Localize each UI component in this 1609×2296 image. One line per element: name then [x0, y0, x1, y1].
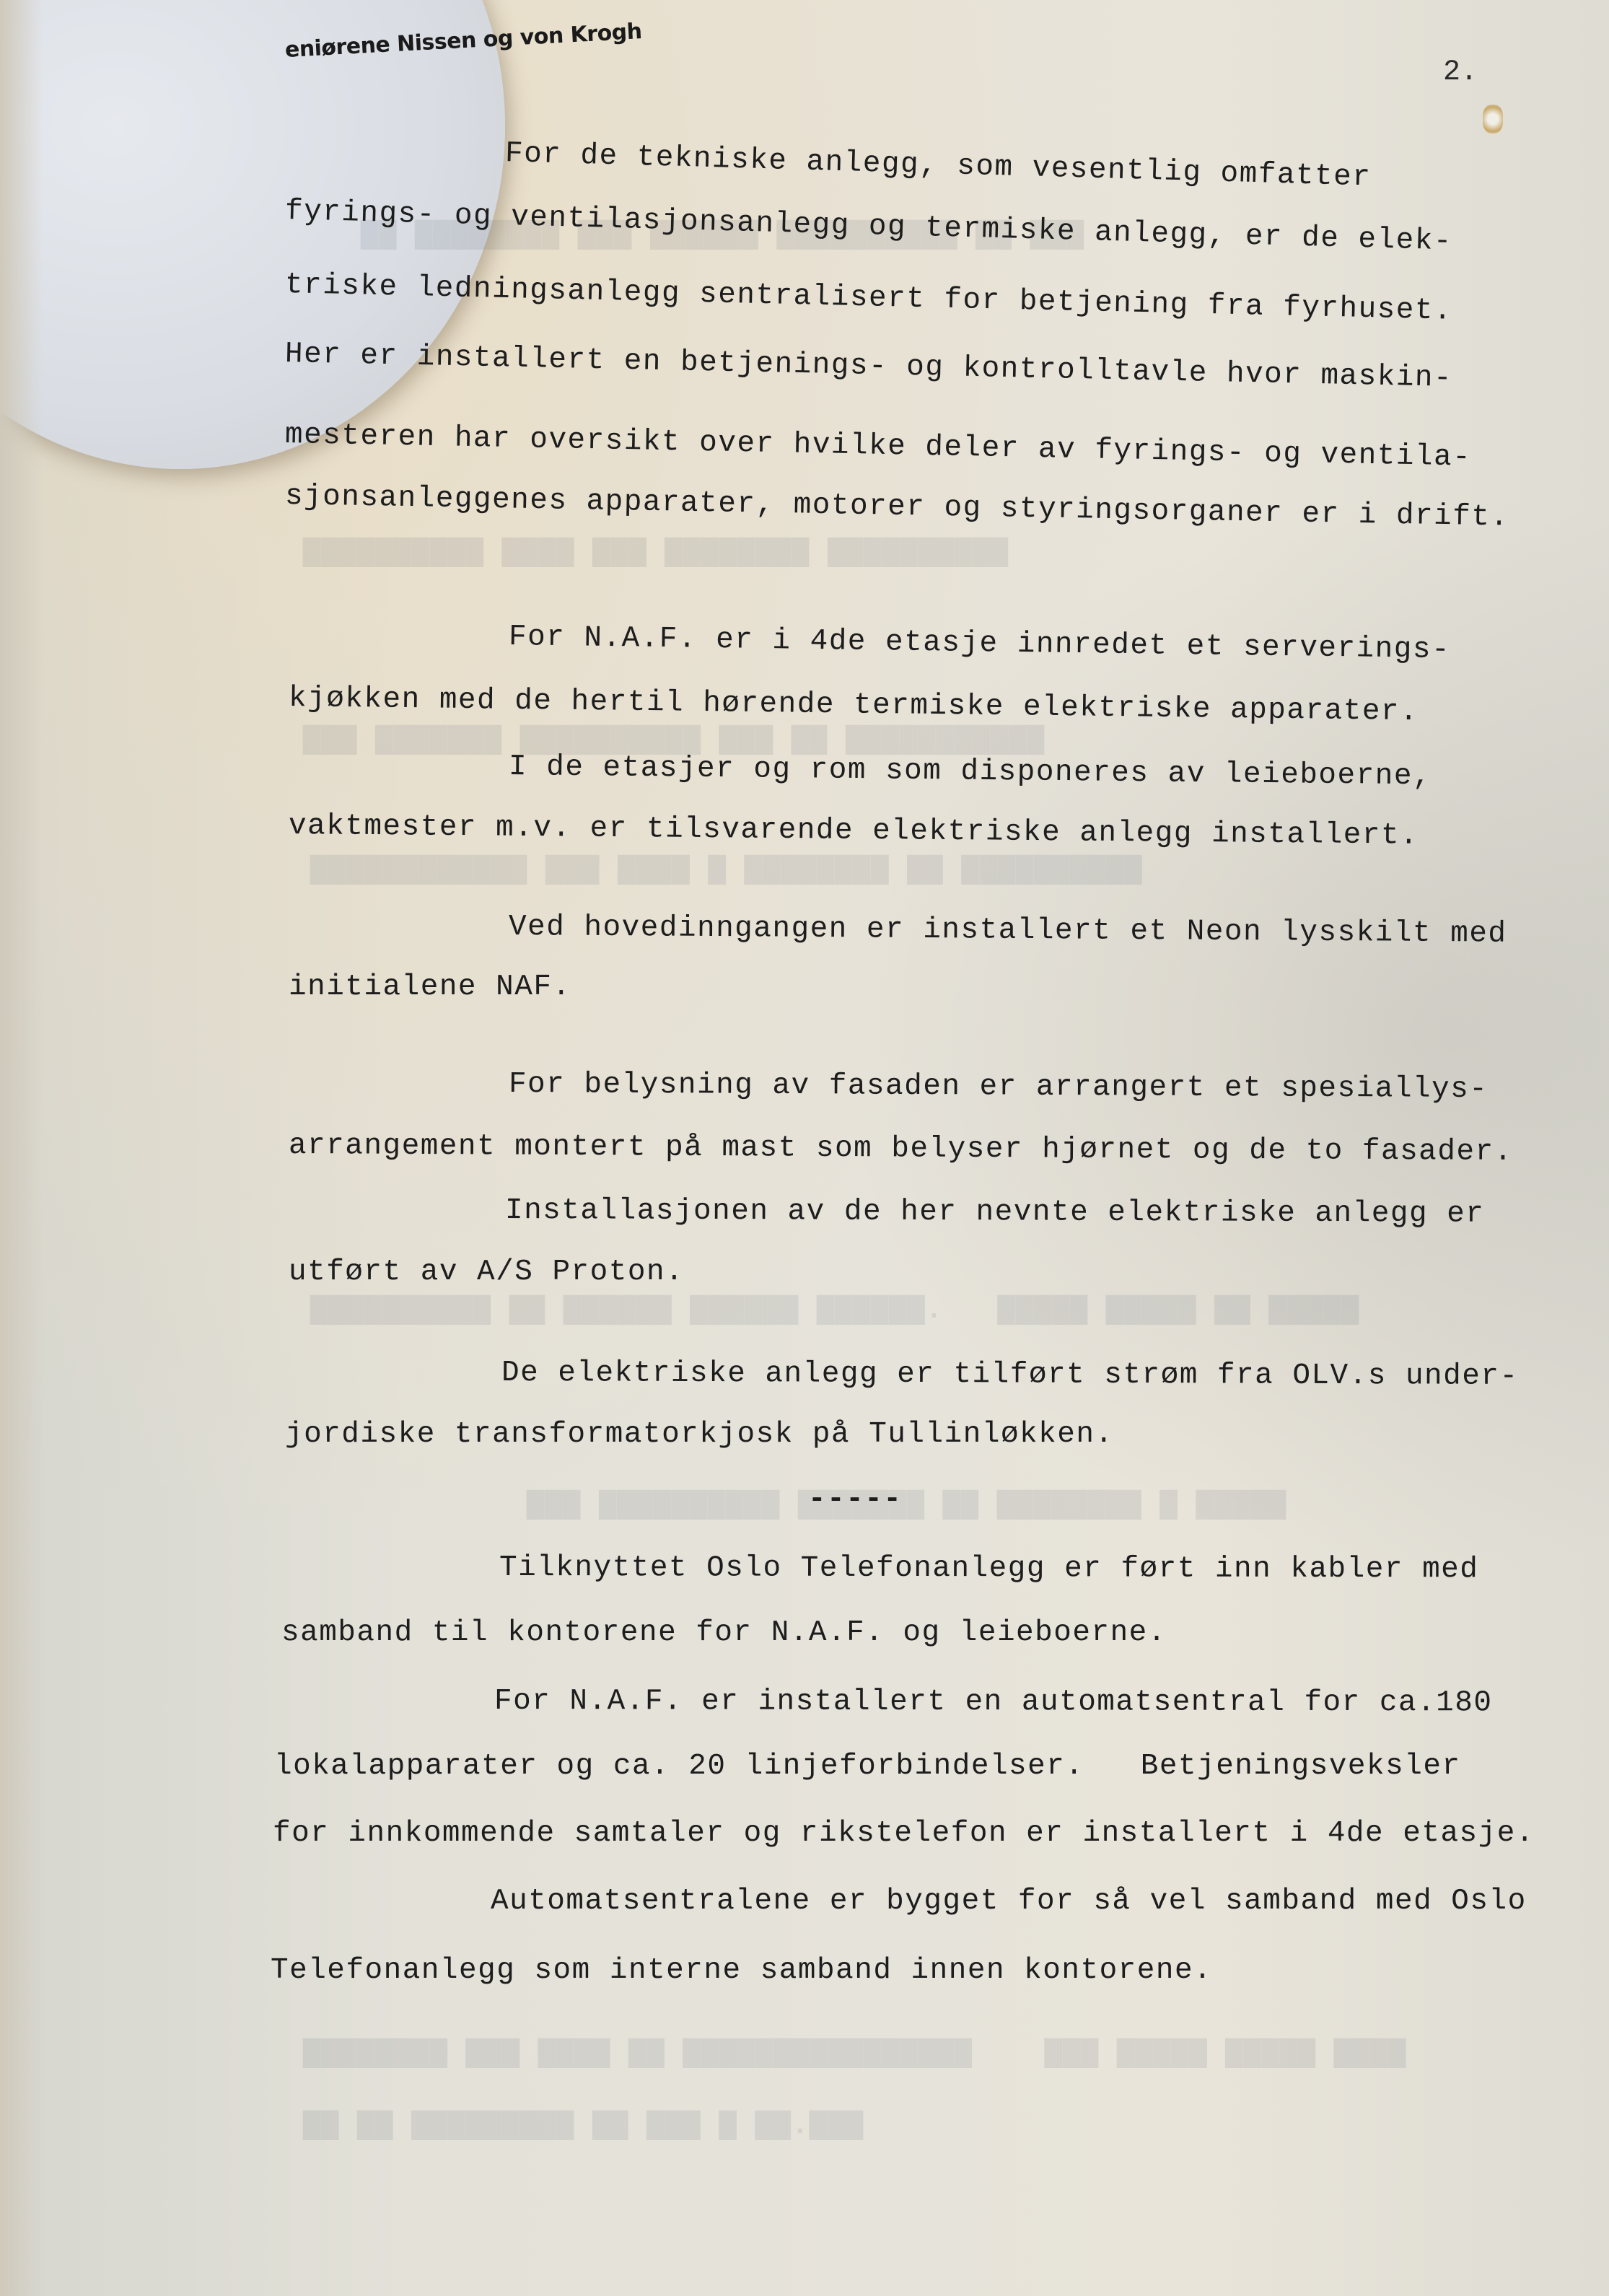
text-line: initialene NAF. [289, 970, 571, 1004]
text-line: triske ledningsanlegg sentralisert for b… [284, 268, 1452, 328]
text-line: For N.A.F. er i 4de etasje innredet et s… [509, 621, 1451, 667]
text-line: mesteren har oversikt over hvilke deler … [285, 419, 1472, 475]
text-line: Telefonanlegg som interne samband innen … [271, 1954, 1212, 1987]
text-line: vaktmester m.v. er tilsvarende elektrisk… [289, 810, 1419, 853]
text-line: De elektriske anlegg er tilført strøm fr… [501, 1357, 1519, 1393]
text-line: sjonsanleggenes apparater, motorer og st… [285, 480, 1509, 535]
text-line: Tilknyttet Oslo Telefonanlegg er ført in… [499, 1551, 1479, 1586]
text-line: arrangement montert på mast som belyser … [289, 1129, 1513, 1169]
text-line: for innkommende samtaler og rikstelefon … [273, 1817, 1535, 1850]
text-line: For N.A.F. er installert en automatsentr… [494, 1685, 1493, 1719]
photo-scene: ▇▇ ▇▇▇▇▇▇▇▇ ▇▇▇ ▇▇▇▇▇▇ ▇▇▇▇▇▇▇▇▇▇ ▇▇ ▇▇▇… [0, 0, 1609, 2296]
text-line: For belysning av fasaden er arrangert et… [509, 1068, 1489, 1106]
text-line: kjøkken med de hertil hørende termiske e… [289, 682, 1419, 729]
text-line: jordiske transformatorkjosk på Tullinløk… [285, 1418, 1114, 1451]
text-line: For de tekniske anlegg, som vesentlig om… [504, 137, 1372, 195]
document-body: For de tekniske anlegg, som vesentlig om… [0, 0, 1609, 2296]
text-line: fyrings- og ventilasjonsanlegg og termis… [284, 195, 1452, 258]
text-line: utført av A/S Proton. [289, 1256, 684, 1289]
text-line: lokalapparater og ca. 20 linjeforbindels… [274, 1750, 1461, 1783]
text-line: Automatsentralene er bygget for så vel s… [491, 1885, 1527, 1918]
text-line: samband til kontorene for N.A.F. og leie… [281, 1616, 1167, 1649]
section-separator: ----- [808, 1483, 903, 1516]
text-line: Installasjonen av de her nevnte elektris… [505, 1194, 1485, 1231]
text-line: Ved hovedinngangen er installert et Neon… [509, 911, 1507, 951]
text-line: Her er installert en betjenings- og kont… [285, 338, 1453, 395]
text-line: I de etasjer og rom som disponeres av le… [509, 750, 1432, 793]
